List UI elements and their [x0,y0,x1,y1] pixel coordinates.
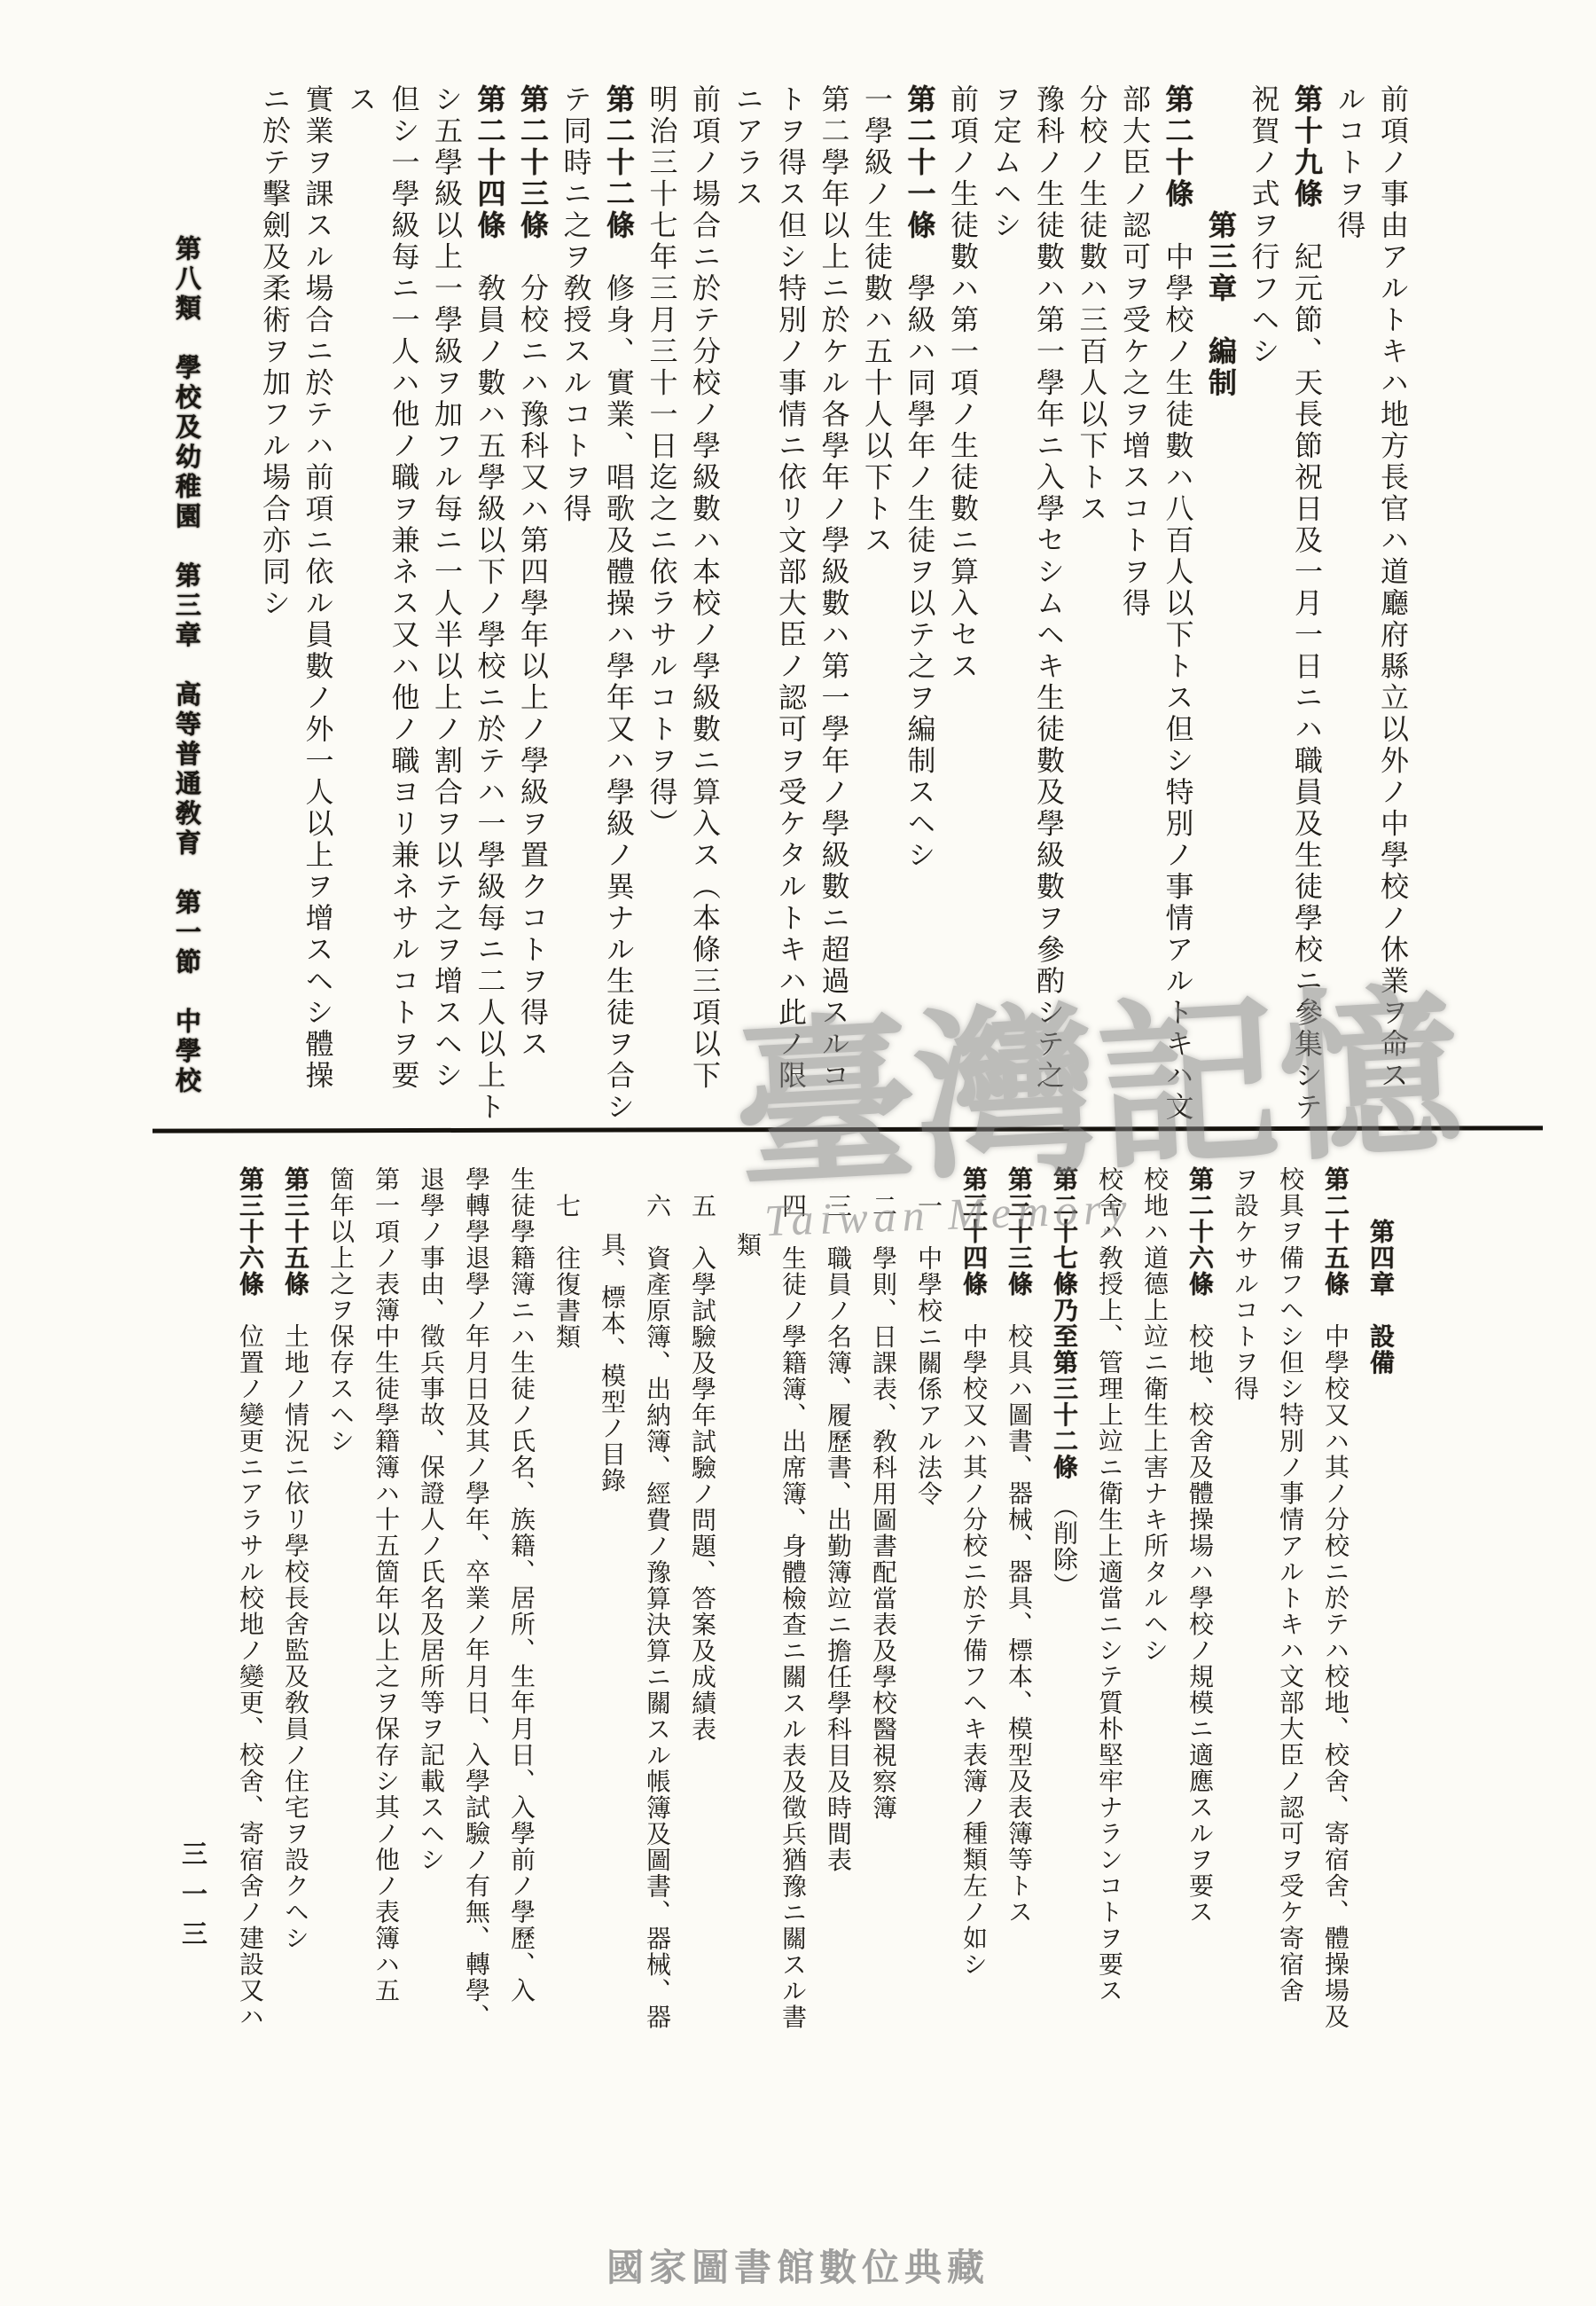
text-column: 分校ノ生徒數ハ三百人以下トス [1070,84,1114,1140]
text-column: 七 往復書類 [544,1166,589,2031]
column-text: ニ於テ擊劍及柔術ヲ加フル場合亦同シ [259,84,291,620]
text-column: 具、標本、模型ノ目錄 [589,1166,634,2031]
column-text: 明治三十七年三月三十一日迄之ニ依ラサルコトヲ得） [646,84,678,840]
column-text: 校地ハ道德上竝ニ衛生上害ナキ所タルヘシ [1140,1166,1168,1664]
column-text: 祝賀ノ式ヲ行フヘシ [1248,84,1280,368]
text-column: テ同時ニ之ヲ敎授スルコトヲ得 [554,84,598,1140]
column-text: 三 職員ノ名簿、履歷書、出勤簿竝ニ擔任學科目及時間表 [824,1193,851,1873]
column-text: 中學校又ハ其ノ分校ニ於テハ校地、校舍、寄宿舍、體操場及 [1321,1298,1349,2030]
text-column: 部大臣ノ認可ヲ受ケ之ヲ增スコトヲ得 [1114,84,1157,1140]
article-number: 第三十五條 [281,1166,309,1298]
article-number: 第二十五條 [1321,1166,1349,1298]
column-text: ス [345,84,377,116]
text-column: 第二十七條乃至第三十二條 （削除） [1041,1166,1086,2031]
text-column: 前項ノ場合ニ於テ分校ノ學級數ハ本校ノ學級數ニ算入ス（本條三項以下 [684,84,727,1140]
article-number: 第二十一條 [904,84,936,242]
text-column: 校地ハ道德上竝ニ衛生上害ナキ所タルヘシ [1131,1166,1177,2031]
column-text: 五 入學試驗及學年試驗ノ問題、答案及成績表 [688,1193,716,1743]
text-column: ヲ設ケサルコトヲ得 [1222,1166,1267,2031]
text-column: 第二十一條 學級ハ同學年ノ生徒ヲ以テ之ヲ編制スヘシ [898,84,942,1140]
chapter-heading-column: 第四章 設備 [1357,1166,1403,2031]
column-text: 六 資產原簿、出納簿、經費ノ豫算決算ニ關スル帳簿及圖書、器械、器 [643,1193,670,2030]
article-number: 第十九條 [1291,84,1323,210]
bottom-section-text: 第四章 設備第二十五條 中學校又ハ其ノ分校ニ於テハ校地、校舍、寄宿舍、體操場及校… [223,1166,1403,2031]
column-text: 校具ヲ備フヘシ但シ特別ノ事情アルトキハ文部大臣ノ認可ヲ受ケ寄宿舍 [1276,1166,1303,2004]
text-column: 第三十六條 位置ノ變更ニアラサル校地ノ變更、校舍、寄宿舍ノ建設又ハ [227,1166,272,2031]
column-text: 中學校又ハ其ノ分校ニ於テ備フヘキ表簿ノ種類左ノ如シ [959,1298,987,1978]
text-column: 實業ヲ課スル場合ニ於テハ前項ニ依ル員數ノ外一人以上ヲ增スヘシ體操 [296,84,340,1140]
column-text: 退學ノ事由、徵兵事故、保證人ノ氏名及居所等ヲ記載スヘシ [417,1166,444,1873]
text-column: 第二十條 中學校ノ生徒數ハ八百人以下トス但シ特別ノ事情アルトキハ文 [1156,84,1200,1140]
text-column: 第三十三條 校具ハ圖書、器械、器具、標本、模型及表簿等トス [996,1166,1041,2031]
column-text: 生徒學籍簿ニハ生徒ノ氏名、族籍、居所、生年月日、入學前ノ學歷、入 [507,1166,535,2004]
column-text: 類 [733,1232,761,1259]
column-text: 前項ノ生徒數ハ第一項ノ生徒數ニ算入セス [947,84,979,683]
column-text: 七 往復書類 [552,1193,580,1350]
column-text: 前項ノ場合ニ於テ分校ノ學級數ハ本校ノ學級數ニ算入ス（本條三項以下 [689,84,721,1092]
text-column: ニ於テ擊劍及柔術ヲ加フル場合亦同シ [254,84,297,1140]
text-column: 第二十二條 修身、實業、唱歌及體操ハ學年又ハ學級ノ異ナル生徒ヲ合シ [598,84,641,1140]
text-column: 校舍ハ敎授上、管理上竝ニ衛生上適當ニシテ質朴堅牢ナランコトヲ要ス [1086,1166,1131,2031]
running-head: 第八類 學校及幼稚園 第三章 高等普通敎育 第一節 中學校 [168,235,205,1122]
text-column: 第一項ノ表簿中生徒學籍簿ハ十五箇年以上之ヲ保存シ其ノ他ノ表簿ハ五 [363,1166,408,2031]
column-text: トヲ得ス但シ特別ノ事情ニ依リ文部大臣ノ認可ヲ受ケタルトキハ此ノ限 [775,84,807,1092]
article-number: 第二十四條 [474,84,506,242]
article-number: 第二十條 [1162,84,1194,210]
text-column: 四 生徒ノ學籍簿、出席簿、身體檢查ニ關スル表及徵兵猶豫ニ關スル書 [770,1166,815,2031]
text-column: トヲ得ス但シ特別ノ事情ニ依リ文部大臣ノ認可ヲ受ケタルトキハ此ノ限 [770,84,813,1140]
column-text: 一學級ノ生徒數ハ五十人以下トス [861,84,893,557]
column-text: （削除） [1050,1480,1077,1599]
text-column: 第三十四條 中學校又ハ其ノ分校ニ於テ備フヘキ表簿ノ種類左ノ如シ [951,1166,996,2031]
column-text: 學級ハ同學年ノ生徒ヲ以テ之ヲ編制スヘシ [904,242,936,872]
text-column: シ五學級以上一學級ヲ加フル每ニ一人半以上ノ割合ヲ以テ之ヲ增スヘシ [426,84,469,1140]
text-column: 退學ノ事由、徵兵事故、保證人ノ氏名及居所等ヲ記載スヘシ [408,1166,453,2031]
top-section-text: 前項ノ事由アルトキハ地方長官ハ道廳府縣立以外ノ中學校ノ休業ヲ命スルコトヲ得第十九… [244,84,1414,1140]
column-text: 豫科ノ生徒數ハ第一學年ニ入學セシムヘキ生徒數及學級數ヲ參酌シテ之 [1033,84,1065,1092]
column-text: 敎員ノ數ハ五學級以下ノ學校ニ於テハ一學級每ニ二人以上ト [474,242,506,1124]
column-text: 具、標本、模型ノ目錄 [598,1232,625,1494]
column-text: 四 生徒ノ學籍簿、出席簿、身體檢查ニ關スル表及徵兵猶豫ニ關スル書 [778,1193,806,2030]
column-text: 第四章 設備 [1366,1219,1394,1376]
column-text: 二 學則、日課表、敎科用圖書配當表及學校醫視察簿 [869,1193,896,1821]
text-column: 第二十五條 中學校又ハ其ノ分校ニ於テハ校地、校舍、寄宿舍、體操場及 [1312,1166,1357,2031]
column-text: 部大臣ノ認可ヲ受ケ之ヲ增スコトヲ得 [1119,84,1151,620]
text-column: 明治三十七年三月三十一日迄之ニ依ラサルコトヲ得） [640,84,684,1140]
column-text: シ五學級以上一學級ヲ加フル每ニ一人半以上ノ割合ヲ以テ之ヲ增スヘシ [431,84,463,1092]
article-number: 第二十二條 [603,84,635,242]
column-text: ルコトヲ得 [1334,84,1366,242]
text-column: ニアラス [726,84,770,1140]
text-column: 二 學則、日課表、敎科用圖書配當表及學校醫視察簿 [860,1166,905,2031]
text-column: 前項ノ生徒數ハ第一項ノ生徒數ニ算入セス [942,84,985,1140]
column-text: 校具ハ圖書、器械、器具、標本、模型及表簿等トス [1005,1298,1032,1926]
column-text: 學轉學退學ノ年月日及其ノ學年、卒業ノ年月日、入學試驗ノ有無、轉學、 [462,1166,489,2030]
column-text: 校舍ハ敎授上、管理上竝ニ衛生上適當ニシテ質朴堅牢ナランコトヲ要ス [1095,1166,1123,2004]
column-text: 修身、實業、唱歌及體操ハ學年又ハ學級ノ異ナル生徒ヲ合シ [603,242,635,1124]
text-column: 但シ一學級每ニ一人ハ他ノ職ヲ兼ネス又ハ他ノ職ヨリ兼ネサルコトヲ要 [382,84,426,1140]
text-column: 一 中學校ニ關係アル法令 [905,1166,951,2031]
text-column: 學轉學退學ノ年月日及其ノ學年、卒業ノ年月日、入學試驗ノ有無、轉學、 [453,1166,498,2031]
taiwan-memory-watermark: 臺灣記憶 [730,984,1342,1207]
text-column: ス [340,84,383,1140]
column-text: テ同時ニ之ヲ敎授スルコトヲ得 [560,84,592,525]
text-column: 第二學年以上ニ於ケル各學年ノ學級數ハ第一學年ノ學級數ニ超過スルコ [812,84,856,1140]
text-column: 箇年以上之ヲ保存スヘシ [317,1166,363,2031]
column-text: 箇年以上之ヲ保存スヘシ [326,1166,354,1455]
scanned-document-page: 第八類 學校及幼稚園 第三章 高等普通敎育 第一節 中學校 前項ノ事由アルトキハ… [0,0,1596,2306]
column-text: 位置ノ變更ニアラサル校地ノ變更、校舍、寄宿舍ノ建設又ハ [236,1298,263,2030]
column-text: 第一項ノ表簿中生徒學籍簿ハ十五箇年以上之ヲ保存シ其ノ他ノ表簿ハ五 [372,1166,399,2004]
page-number: 三一三 [175,1840,211,1960]
column-text: 分校ノ生徒數ハ三百人以下トス [1076,84,1108,525]
column-text: 前項ノ事由アルトキハ地方長官ハ道廳府縣立以外ノ中學校ノ休業ヲ命ス [1377,84,1409,1092]
column-text: ヲ定ムヘシ [990,84,1022,242]
text-column: 校具ヲ備フヘシ但シ特別ノ事情アルトキハ文部大臣ノ認可ヲ受ケ寄宿舍 [1267,1166,1312,2031]
text-column: 第二十三條 分校ニハ豫科又ハ第四學年以上ノ學級ヲ置クコトヲ得ス [512,84,555,1140]
column-text: 第三章 編制 [1205,210,1237,399]
column-text: 分校ニハ豫科又ハ第四學年以上ノ學級ヲ置クコトヲ得ス [517,242,549,1061]
text-column: 類 [724,1166,770,2031]
chapter-heading-column: 第三章 編制 [1200,84,1243,1140]
text-column: 第二十四條 敎員ノ數ハ五學級以下ノ學校ニ於テハ一學級每ニ二人以上ト [468,84,512,1140]
text-column: ヲ定ムヘシ [984,84,1028,1140]
text-column: 第二十六條 校地、校舍及體操場ハ學校ノ規模ニ適應スルヲ要ス [1177,1166,1222,2031]
column-text: 第二學年以上ニ於ケル各學年ノ學級數ハ第一學年ノ學級數ニ超過スルコ [818,84,850,1092]
column-text: ニアラス [732,84,764,210]
text-column: 六 資產原簿、出納簿、經費ノ豫算決算ニ關スル帳簿及圖書、器械、器 [634,1166,679,2031]
library-archive-watermark: 國家圖書館數位典藏 [606,2239,990,2292]
column-text: 但シ一學級每ニ一人ハ他ノ職ヲ兼ネス又ハ他ノ職ヨリ兼ネサルコトヲ要 [388,84,420,1092]
text-column: 第三十五條 土地ノ情況ニ依リ學校長舍監及敎員ノ住宅ヲ設クヘシ [272,1166,317,2031]
article-number: 第三十六條 [236,1166,263,1298]
text-column: 一學級ノ生徒數ハ五十人以下トス [856,84,899,1140]
column-text: 校地、校舍及體操場ハ學校ノ規模ニ適應スルヲ要ス [1185,1298,1213,1926]
text-column: 五 入學試驗及學年試驗ノ問題、答案及成績表 [679,1166,724,2031]
text-column: 生徒學籍簿ニハ生徒ノ氏名、族籍、居所、生年月日、入學前ノ學歷、入 [498,1166,544,2031]
text-column: 三 職員ノ名簿、履歷書、出勤簿竝ニ擔任學科目及時間表 [815,1166,860,2031]
column-text: 土地ノ情況ニ依リ學校長舍監及敎員ノ住宅ヲ設クヘシ [281,1298,309,1952]
text-column: 豫科ノ生徒數ハ第一學年ニ入學セシムヘキ生徒數及學級數ヲ參酌シテ之 [1028,84,1071,1140]
column-text: 實業ヲ課スル場合ニ於テハ前項ニ依ル員數ノ外一人以上ヲ增スヘシ體操 [302,84,334,1092]
article-number: 第二十三條 [517,84,549,242]
